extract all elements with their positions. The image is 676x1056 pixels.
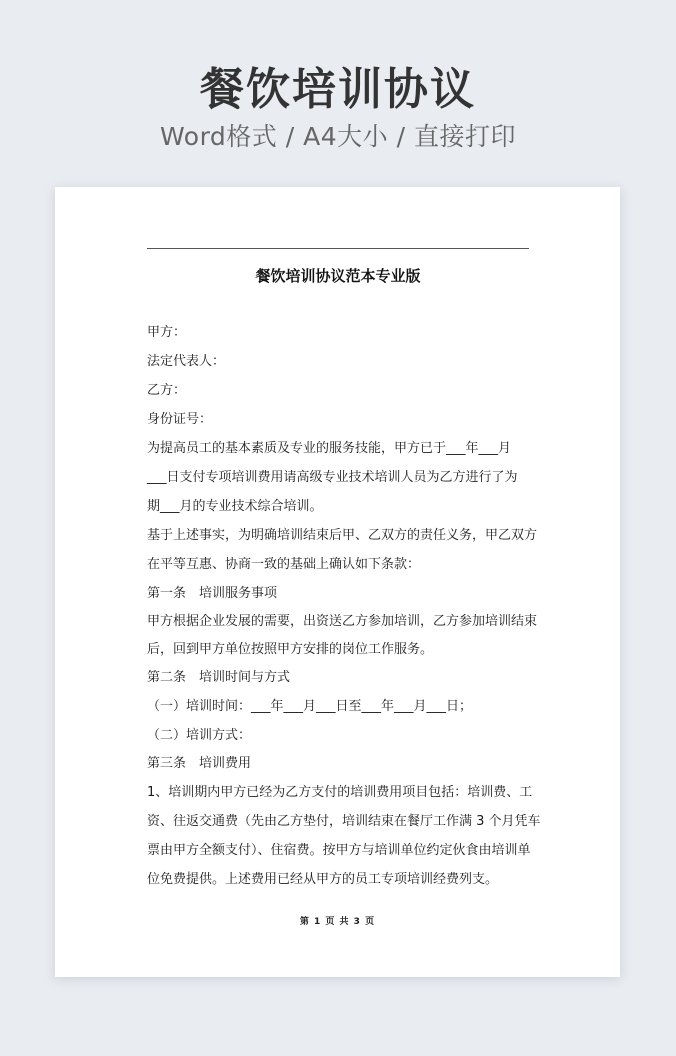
header-rule [147,248,529,249]
paragraph-line: 后，回到甲方单位按照甲方安排的岗位工作服务。 [147,641,547,659]
paragraph-line: 为提高员工的基本素质及专业的服务技能，甲方已于___年___月 [147,440,547,458]
paragraph-line: ___日支付专项培训费用请高级专业技术培训人员为乙方进行了为 [147,469,547,487]
paragraph-line: （二）培训方式： [147,727,547,745]
section-heading: 第三条 培训费用 [147,755,547,773]
party-b-label: 乙方： [147,382,547,400]
paragraph-line: （一）培训时间：___年___月___日至___年___月___日； [147,698,547,716]
id-number-label: 身份证号： [147,411,547,429]
party-a-label: 甲方： [147,324,547,342]
section-heading: 第二条 培训时间与方式 [147,669,547,687]
paragraph-line: 位免费提供。上述费用已经从甲方的员工专项培训经费列支。 [147,871,547,889]
paragraph-line: 票由甲方全额支付）、住宿费。按甲方与培训单位约定伙食由培训单 [147,842,547,860]
section-heading: 第一条 培训服务事项 [147,585,547,603]
paragraph-line: 基于上述事实，为明确培训结束后甲、乙双方的责任义务，甲乙双方 [147,527,547,545]
paragraph-line: 资、往返交通费（先由乙方垫付，培训结束在餐厅工作满 3 个月凭车 [147,813,547,831]
hero-title: 餐饮培训协议 [0,62,676,118]
paragraph-line: 期___月的专业技术综合培训。 [147,498,547,516]
paragraph-line: 1、培训期内甲方已经为乙方支付的培训费用项目包括：培训费、工 [147,784,547,802]
legal-rep-label: 法定代表人： [147,353,547,371]
paragraph-line: 在平等互惠、协商一致的基础上确认如下条款： [147,556,547,574]
document-title: 餐饮培训协议范本专业版 [147,265,529,287]
document-page: 餐饮培训协议范本专业版 甲方： 法定代表人： 乙方： 身份证号： 为提高员工的基… [55,187,620,977]
page-number: 第 1 页 共 3 页 [55,914,620,927]
paragraph-line: 甲方根据企业发展的需要，出资送乙方参加培训，乙方参加培训结束 [147,613,547,631]
hero-subtitle: Word格式 / A4大小 / 直接打印 [0,120,676,154]
